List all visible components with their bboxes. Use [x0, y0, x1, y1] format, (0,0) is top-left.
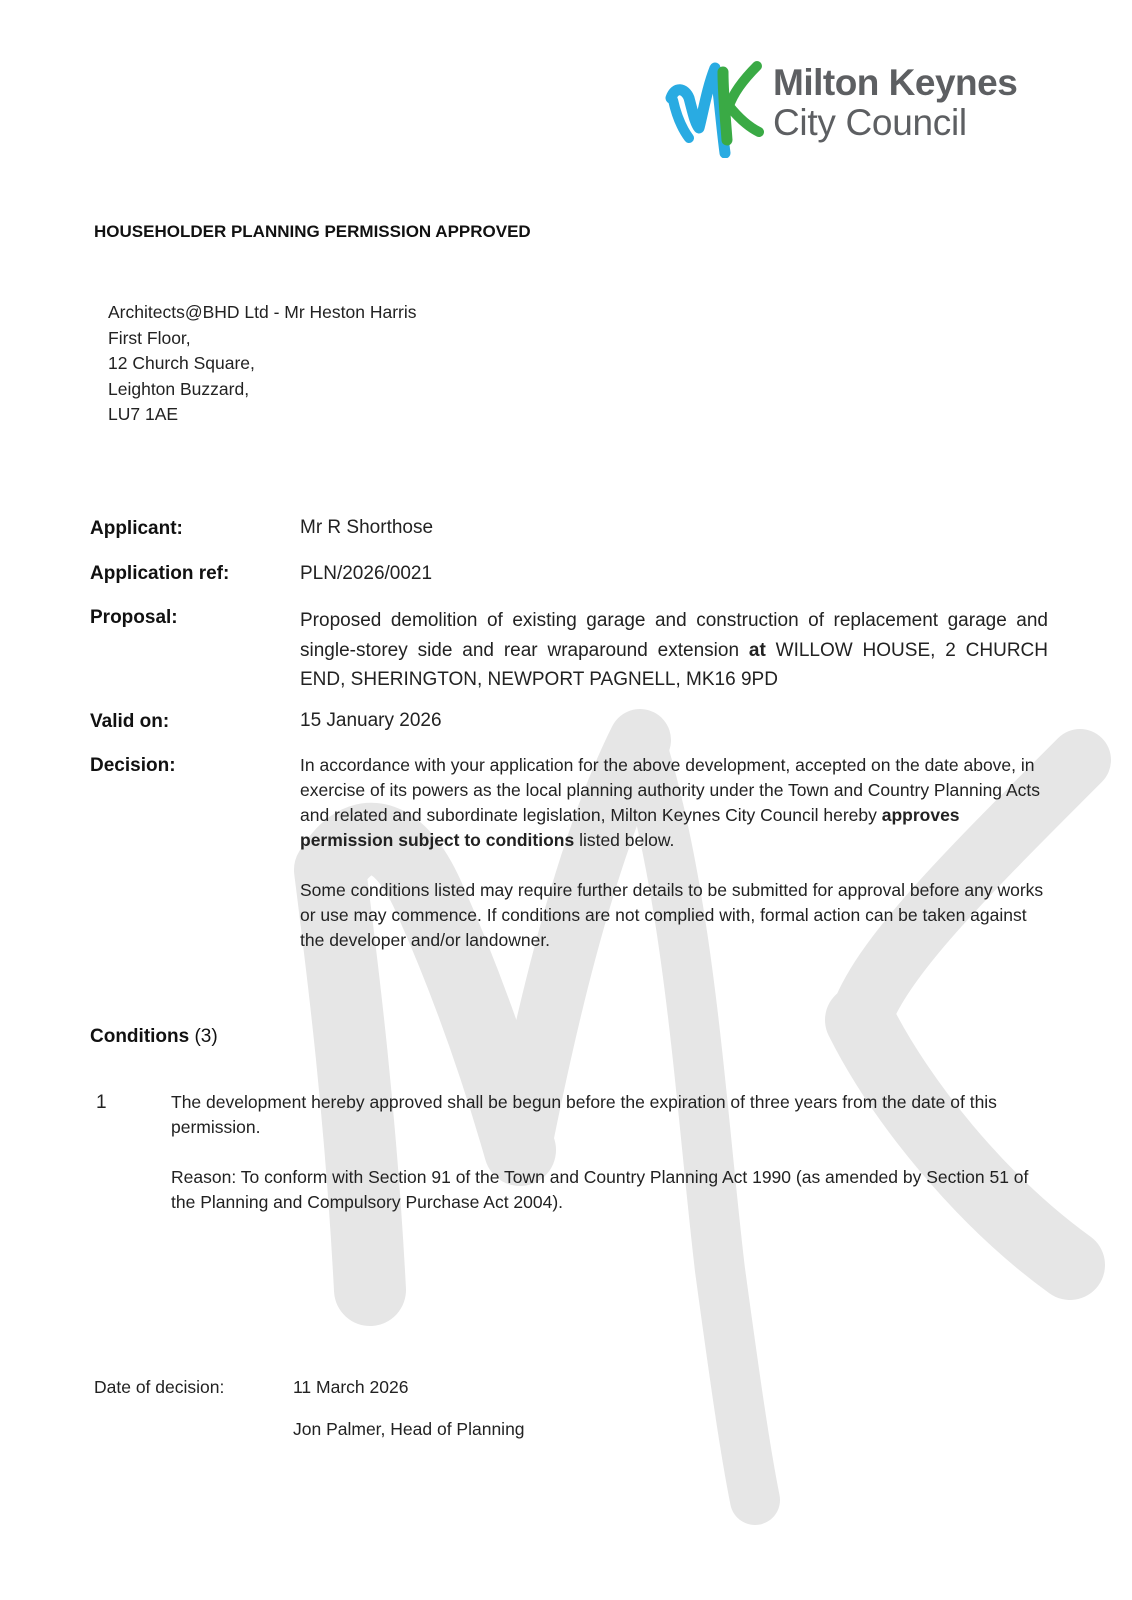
condition-reason: Reason: To conform with Section 91 of th… — [171, 1165, 1051, 1215]
logo-text-line1: Milton Keynes — [773, 62, 1017, 104]
proposal-label: Proposal: — [90, 607, 178, 629]
decision-text-end: listed below. — [574, 830, 674, 850]
logo-text-line2: City Council — [773, 102, 967, 144]
document-title: HOUSEHOLDER PLANNING PERMISSION APPROVED — [94, 222, 531, 242]
date-of-decision-label: Date of decision: — [94, 1377, 224, 1398]
decision-label: Decision: — [90, 755, 176, 777]
decision-note-paragraph: Some conditions listed may require furth… — [300, 878, 1050, 953]
mk-logo-mark-icon — [665, 58, 765, 158]
valid-on-label: Valid on: — [90, 711, 169, 733]
recipient-address: Architects@BHD Ltd - Mr Heston Harris Fi… — [108, 300, 417, 428]
decision-value: In accordance with your application for … — [300, 753, 1050, 978]
signatory: Jon Palmer, Head of Planning — [293, 1419, 525, 1440]
applicant-label: Applicant: — [90, 518, 183, 540]
applicant-value: Mr R Shorthose — [300, 517, 433, 539]
decision-paragraph: In accordance with your application for … — [300, 753, 1050, 853]
conditions-heading-text: Conditions — [90, 1026, 189, 1047]
condition-text: The development hereby approved shall be… — [171, 1090, 1051, 1140]
condition-number: 1 — [96, 1092, 107, 1114]
address-line: LU7 1AE — [108, 402, 417, 428]
date-of-decision-value: 11 March 2026 — [293, 1377, 408, 1398]
address-line: Leighton Buzzard, — [108, 377, 417, 403]
proposal-bold-text: at — [749, 640, 766, 661]
document-page: Milton Keynes City Council HOUSEHOLDER P… — [0, 0, 1132, 1600]
conditions-count: (3) — [194, 1026, 217, 1047]
address-line: 12 Church Square, — [108, 351, 417, 377]
council-logo: Milton Keynes City Council — [665, 58, 1055, 158]
valid-on-value: 15 January 2026 — [300, 710, 442, 732]
address-line: Architects@BHD Ltd - Mr Heston Harris — [108, 300, 417, 326]
application-ref-value: PLN/2026/0021 — [300, 563, 432, 585]
proposal-value: Proposed demolition of existing garage a… — [300, 606, 1048, 695]
application-ref-label: Application ref: — [90, 563, 229, 585]
conditions-heading: Conditions (3) — [90, 1026, 218, 1048]
condition-item: The development hereby approved shall be… — [171, 1090, 1051, 1240]
document-content: Milton Keynes City Council HOUSEHOLDER P… — [0, 0, 1132, 1600]
address-line: First Floor, — [108, 326, 417, 352]
